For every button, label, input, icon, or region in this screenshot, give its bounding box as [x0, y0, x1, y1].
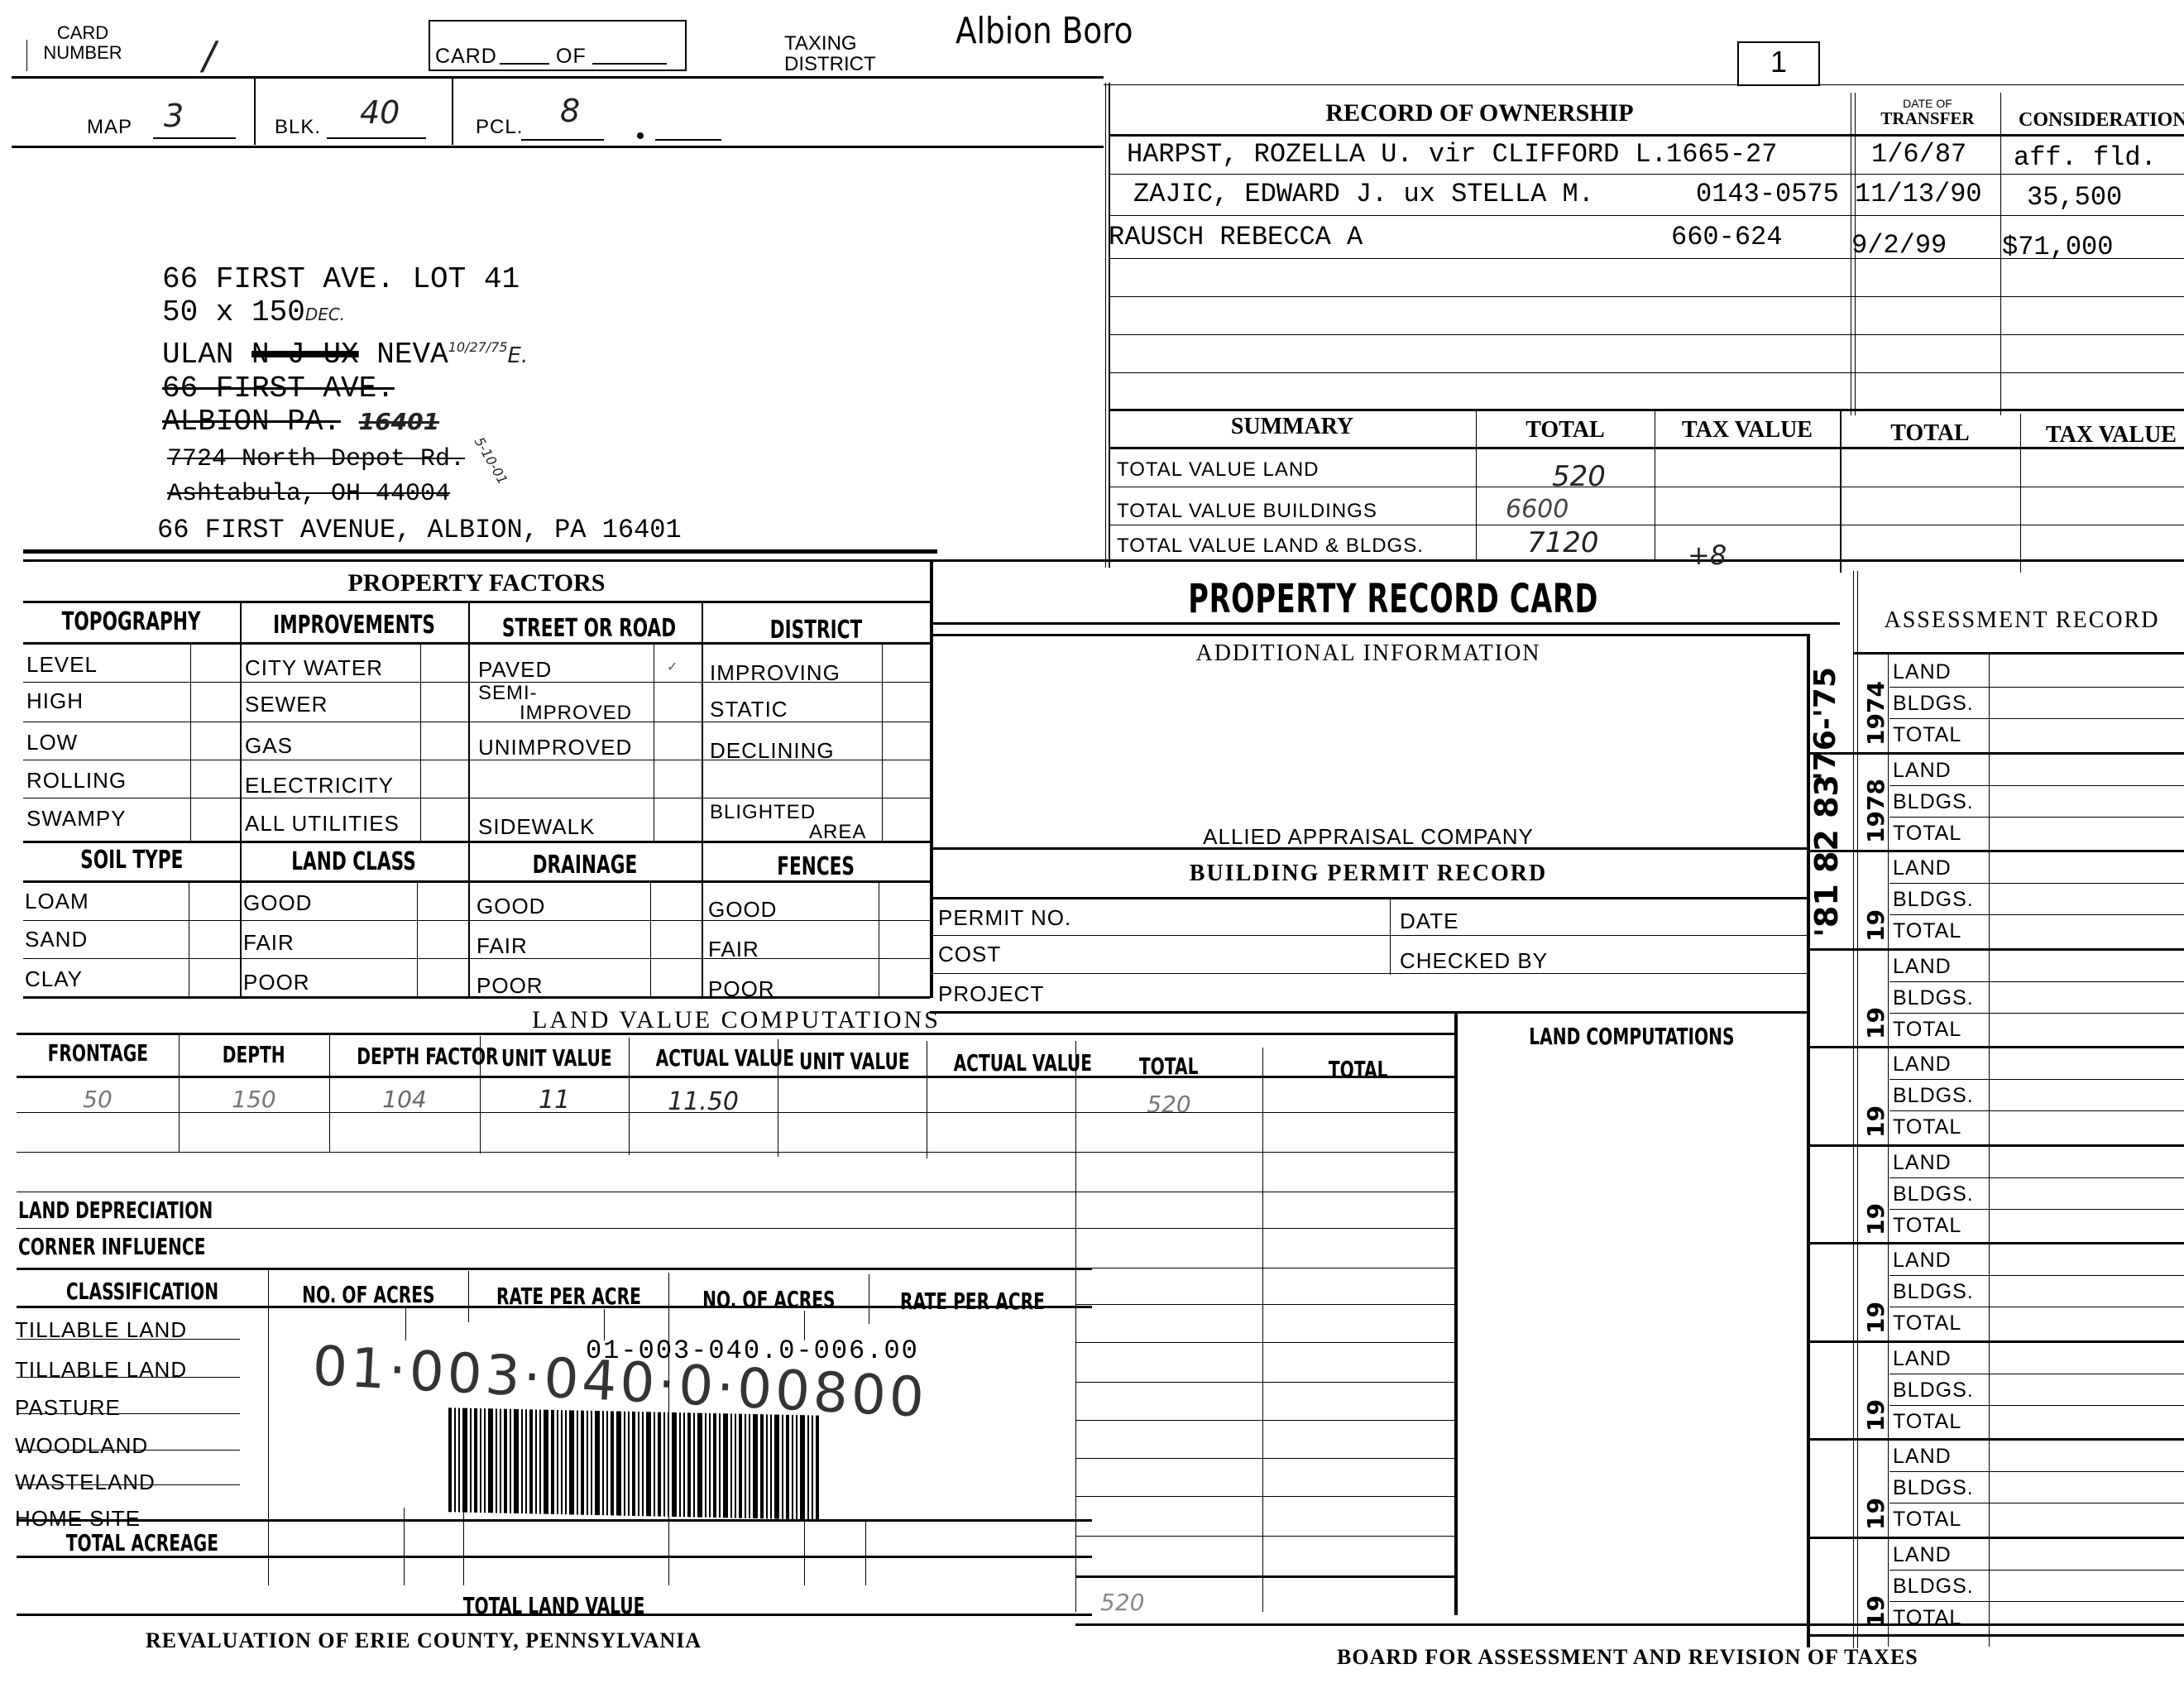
assessment-row-label: BLDGS.: [1893, 888, 1974, 912]
summary-row-total: 7120: [1527, 526, 1599, 559]
assessment-row-label: LAND: [1893, 1151, 1952, 1175]
assessment-row-label: LAND: [1893, 1543, 1952, 1567]
assessment-row-label: TOTAL: [1893, 1214, 1961, 1238]
assessment-title: ASSESSMENT RECORD: [1860, 607, 2184, 634]
record-card-title: PROPERTY RECORD CARD: [930, 576, 1856, 622]
assessment-row-label: TOTAL: [1893, 919, 1961, 943]
address-block: 66 FIRST AVE. LOT 41 50 x 150DEC. ULAN N…: [162, 263, 528, 439]
summary-row-tax-value: +8: [1688, 539, 1727, 571]
address-line-2: 50 x 150DEC.: [162, 296, 528, 331]
assessment-row-label: BLDGS.: [1893, 1084, 1974, 1108]
assessment-block: 19LANDBLDGS.TOTAL: [1807, 1144, 2184, 1243]
assessment-row-label: BLDGS.: [1893, 1379, 1974, 1403]
pcl-label: PCL.: [476, 116, 523, 139]
header-improvements: IMPROVEMENTS: [273, 611, 435, 640]
summary-col-total-2: TOTAL: [1840, 420, 2020, 447]
assessment-row-label: TOTAL: [1893, 1018, 1961, 1042]
taxing-district-value: Albion Boro: [955, 10, 1133, 52]
land-depreciation-label: LAND DEPRECIATION: [18, 1196, 213, 1224]
summary-col-tax-value: TAX VALUE: [1655, 417, 1840, 444]
taxing-district-label: TAXING DISTRICT: [784, 33, 876, 74]
assessment-row-label: TOTAL: [1893, 1410, 1961, 1434]
header-topography: TOPOGRAPHY: [62, 607, 201, 636]
summary-row-label: TOTAL VALUE BUILDINGS: [1117, 500, 1377, 523]
assessment-year: 19: [1861, 1151, 1889, 1236]
address-line-5: ALBION PA. 16401: [162, 405, 528, 439]
blk-label: BLK.: [275, 116, 321, 139]
permit-checked-by-label: CHECKED BY: [1400, 948, 1548, 974]
blighted-area-label: BLIGHTEDAREA: [710, 803, 866, 842]
assessment-row-label: LAND: [1893, 1347, 1952, 1371]
permit-cost-label: COST: [938, 942, 1001, 967]
address-line-6: 7724 North Depot Rd.5-10-01: [167, 443, 517, 477]
assessment-row-label: LAND: [1893, 759, 1952, 783]
additional-info-title: ADDITIONAL INFORMATION: [930, 640, 1807, 667]
assessment-block: 19LANDBLDGS.TOTAL: [1807, 850, 2184, 948]
assessment-year: 19: [1861, 1347, 1889, 1432]
current-address: 66 FIRST AVENUE, ALBION, PA 16401: [157, 515, 682, 545]
assessment-block: 19LANDBLDGS.TOTAL: [1807, 1242, 2184, 1340]
address-line-7: Ashtabula, OH 44004: [167, 477, 517, 511]
footer-right: BOARD FOR ASSESSMENT AND REVISION OF TAX…: [1337, 1645, 1918, 1670]
assessment-row-label: BLDGS.: [1893, 1476, 1974, 1500]
blk-value: 40: [360, 94, 400, 131]
assessment-year: 19: [1861, 1445, 1889, 1530]
assessment-row-label: LAND: [1893, 1249, 1952, 1273]
assessment-row-label: BLDGS.: [1893, 1182, 1974, 1206]
total-land-value-amount: 520: [1100, 1589, 1144, 1616]
assessment-year: 19: [1861, 1249, 1889, 1334]
card-of-box: CARD OF: [429, 20, 687, 71]
ownership-row: ZAJIC, EDWARD J. ux STELLA M. 0143-0575 …: [1133, 179, 2184, 220]
year-stamp-2: '81 82 83: [1808, 774, 1858, 882]
assessment-row-label: LAND: [1893, 1445, 1952, 1469]
address-line-4: 66 FIRST AVE.: [162, 372, 528, 405]
assessment-row-label: TOTAL: [1893, 822, 1961, 846]
page-box: 1: [1737, 41, 1820, 86]
semi-improved-label: SEMI-IMPROVED: [478, 683, 632, 723]
property-factors-title: PROPERTY FACTORS: [23, 569, 930, 597]
address-line-1: 66 FIRST AVE. LOT 41: [162, 263, 528, 296]
assessment-block: 19LANDBLDGS.TOTAL: [1807, 1046, 2184, 1144]
ownership-title: RECORD OF OWNERSHIP: [1109, 99, 1851, 127]
card-number-value: /: [203, 33, 216, 78]
summary-col-total: TOTAL: [1476, 417, 1655, 444]
header-district: DISTRICT: [769, 616, 862, 645]
assessment-block: 19LANDBLDGS.TOTAL: [1807, 1537, 2184, 1635]
assessment-block: 19LANDBLDGS.TOTAL: [1807, 948, 2184, 1047]
assessment-row-label: TOTAL: [1893, 1312, 1961, 1336]
map-value: 3: [164, 98, 184, 134]
year-stamp-1: '76-'75: [1808, 667, 1842, 791]
assessment-row-label: TOTAL: [1893, 723, 1961, 747]
summary-row-label: TOTAL VALUE LAND: [1117, 458, 1319, 482]
assessment-row-label: TOTAL: [1893, 1115, 1961, 1139]
assessment-block: 1978LANDBLDGS.TOTAL: [1807, 752, 2184, 851]
assessment-row-label: BLDGS.: [1893, 986, 1974, 1010]
permit-project-label: PROJECT: [938, 981, 1044, 1007]
summary-row-label: TOTAL VALUE LAND & BLDGS.: [1117, 535, 1424, 558]
assessment-row-label: BLDGS.: [1893, 1280, 1974, 1304]
appraisal-company: ALLIED APPRAISAL COMPANY: [930, 824, 1807, 850]
ownership-row: RAUSCH REBECCA A 660-624 9/2/99 $71,000: [1109, 222, 2184, 263]
address-line-3: ULAN N J UX NEVA10/27/75E.: [162, 331, 528, 372]
assessment-row-label: LAND: [1893, 856, 1952, 880]
corner-influence-label: CORNER INFLUENCE: [18, 1233, 205, 1260]
date-of-transfer-header: DATE OF TRANSFER: [1855, 98, 2000, 127]
assessment-row-label: LAND: [1893, 955, 1952, 979]
land-computations-title: LAND COMPUTATIONS: [1456, 1023, 1807, 1050]
pcl-value: 8: [560, 93, 580, 129]
parcel-barcode: [448, 1407, 821, 1519]
assessment-row-label: TOTAL: [1893, 1508, 1961, 1532]
summary-row-total: 520: [1552, 460, 1606, 493]
assessment-row-label: LAND: [1893, 1053, 1952, 1077]
summary-title: SUMMARY: [1109, 414, 1476, 440]
assessment-block: 1974LANDBLDGS.TOTAL: [1807, 654, 2184, 752]
assessment-row-label: BLDGS.: [1893, 692, 1974, 716]
paved-check-mark[interactable]: ✓: [667, 659, 678, 675]
permit-no-label: PERMIT NO.: [938, 905, 1071, 931]
assessment-row-label: TOTAL: [1893, 1606, 1961, 1630]
assessment-row-label: BLDGS.: [1893, 790, 1974, 814]
assessment-row-label: BLDGS.: [1893, 1575, 1974, 1599]
assessment-block: 19LANDBLDGS.TOTAL: [1807, 1340, 2184, 1439]
assessment-block: 19LANDBLDGS.TOTAL: [1807, 1438, 2184, 1537]
permit-date-label: DATE: [1400, 909, 1458, 934]
header-street-or-road: STREET OR ROAD: [502, 614, 676, 643]
summary-row-total: 6600: [1506, 495, 1569, 524]
address-block-2: 7724 North Depot Rd.5-10-01 Ashtabula, O…: [167, 443, 517, 511]
assessment-row-label: LAND: [1893, 660, 1952, 684]
permit-title: BUILDING PERMIT RECORD: [930, 861, 1807, 887]
assessment-year: 19: [1861, 1053, 1889, 1138]
assessment-year: 1978: [1861, 759, 1889, 844]
land-value-title: LAND VALUE COMPUTATIONS: [17, 1006, 1456, 1034]
consideration-header: CONSIDERATION: [2019, 109, 2184, 132]
summary-col-tax-value-2: TAX VALUE: [2020, 422, 2184, 448]
total-acreage-label: TOTAL ACREAGE: [17, 1529, 268, 1556]
card-number-label: CARD NUMBER: [33, 23, 132, 63]
assessment-year: 1974: [1861, 660, 1889, 746]
assessment-year: 19: [1861, 856, 1889, 942]
map-label: MAP: [87, 116, 132, 139]
assessment-year: 19: [1861, 1543, 1889, 1628]
footer-left: REVALUATION OF ERIE COUNTY, PENNSYLVANIA: [146, 1628, 702, 1653]
assessment-year: 19: [1861, 955, 1889, 1040]
